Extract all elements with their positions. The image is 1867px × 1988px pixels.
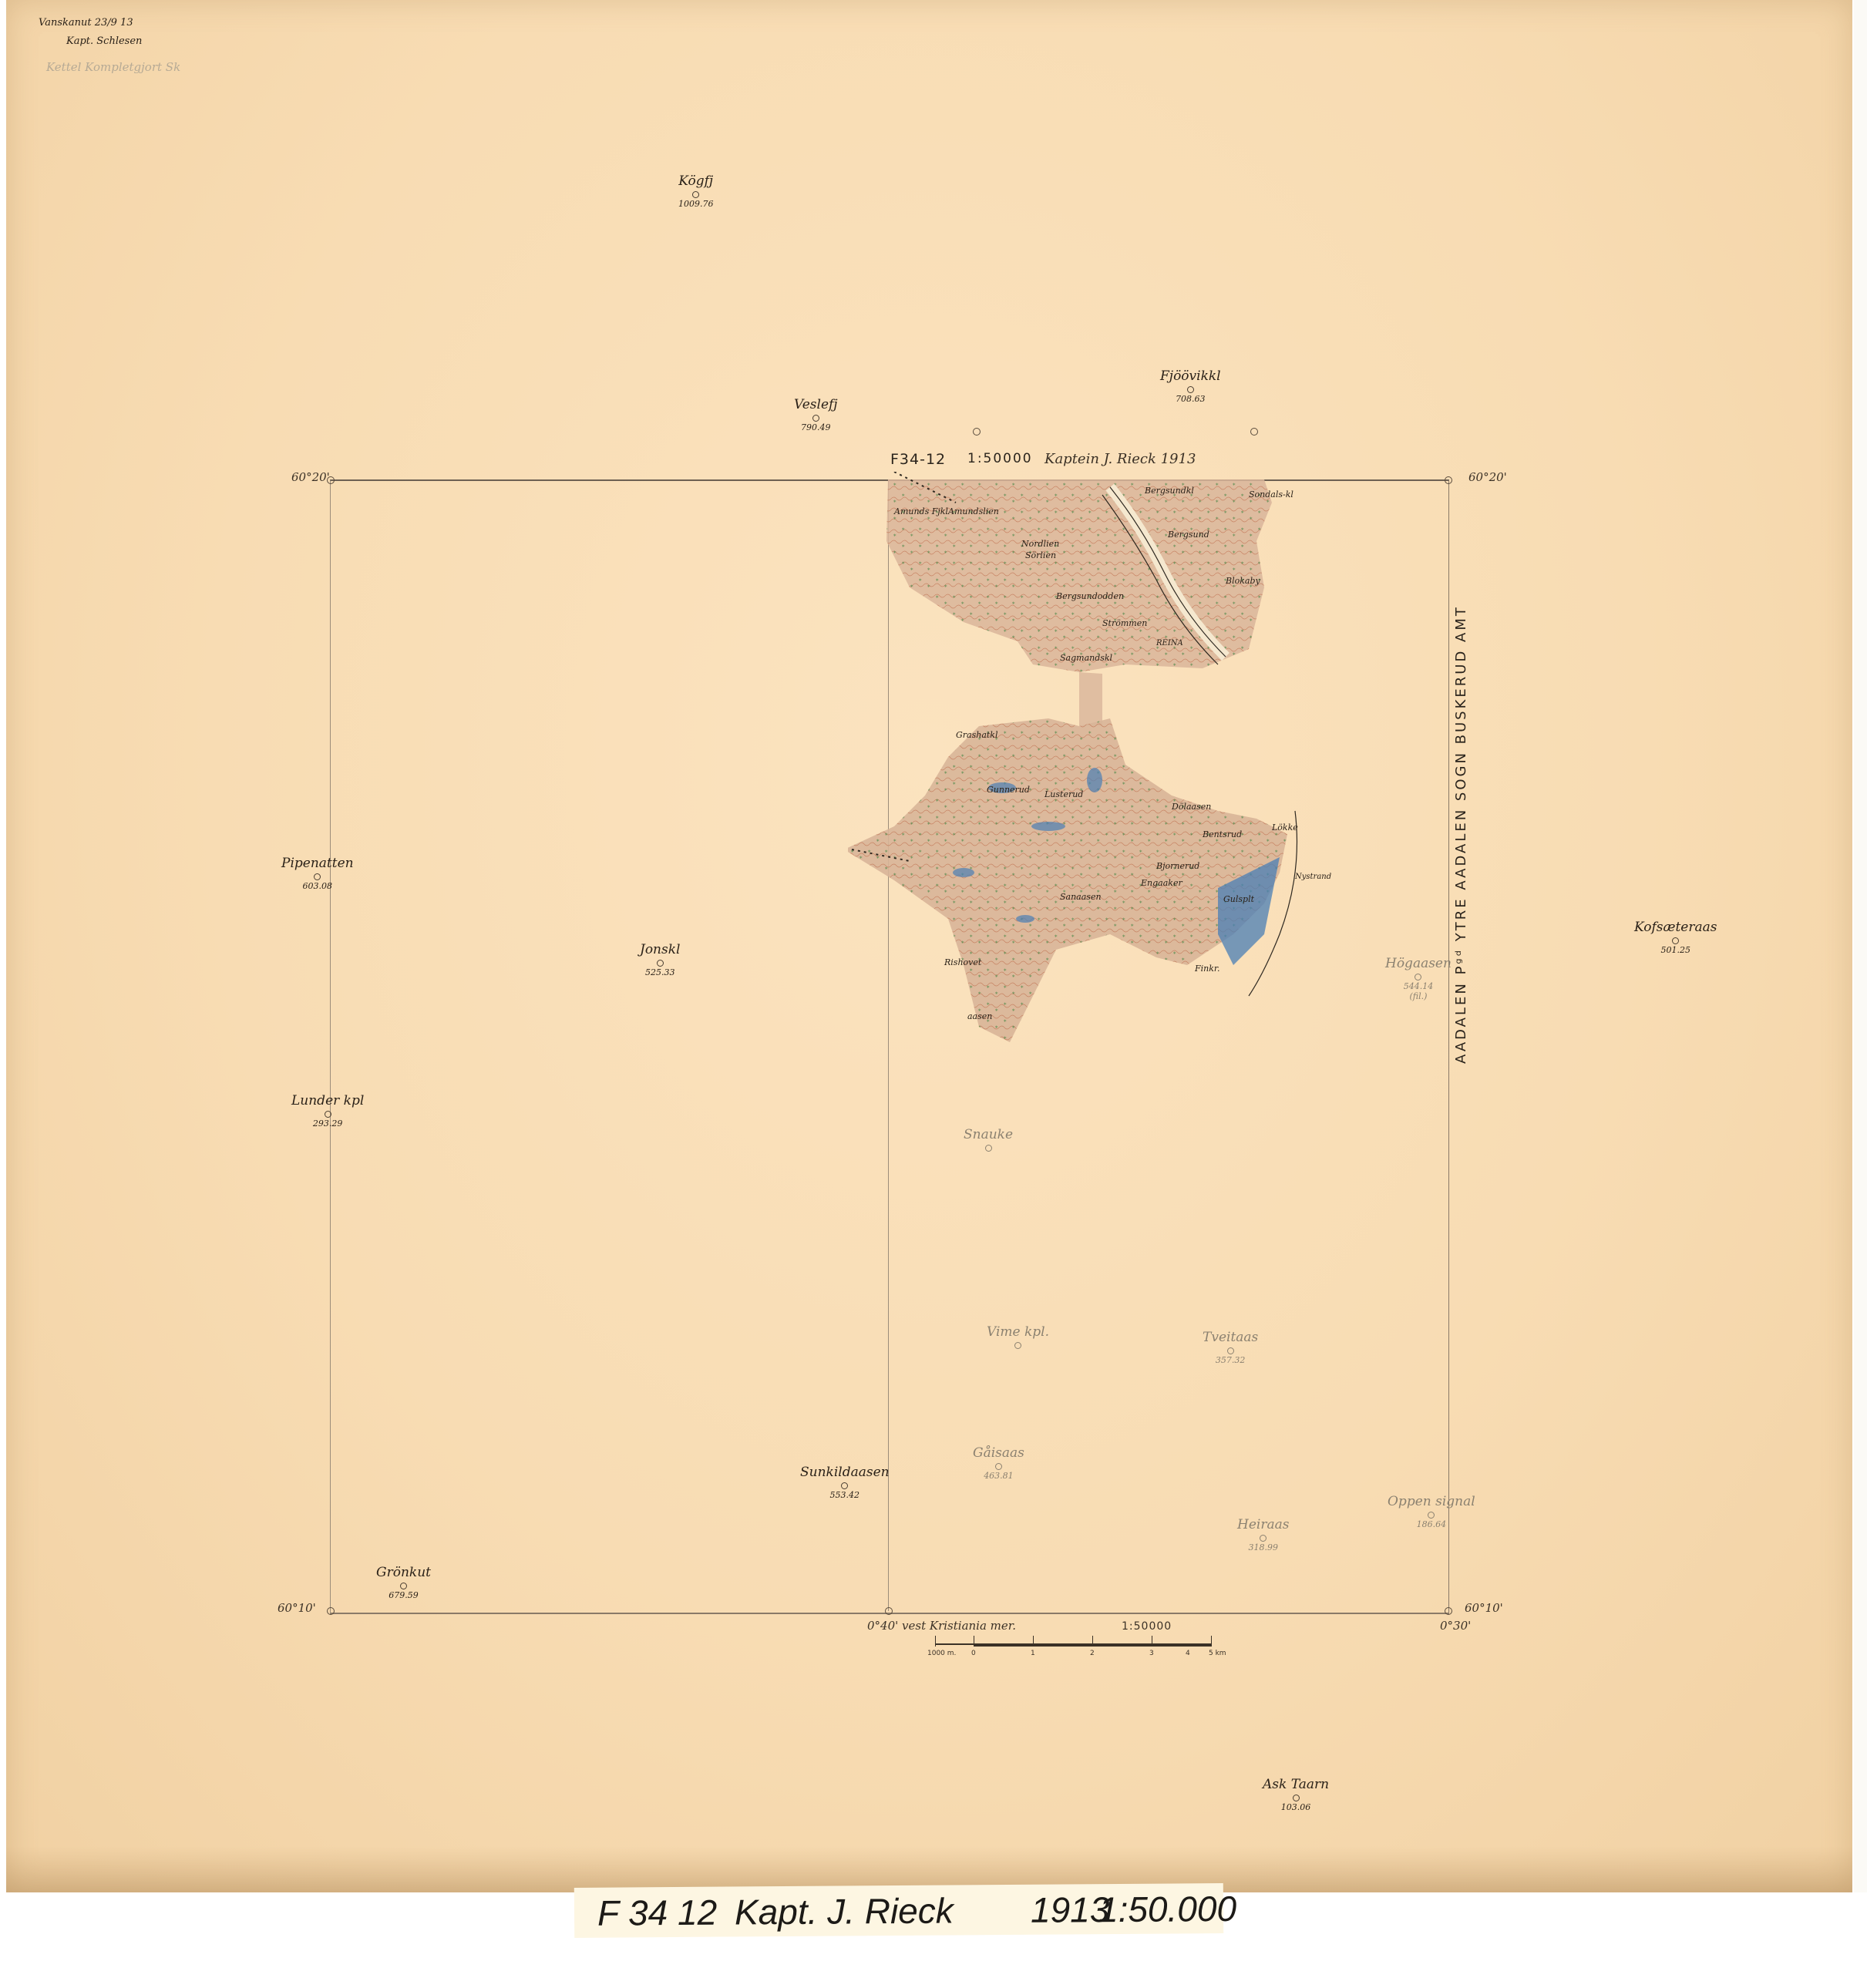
svg-text:Strömmen: Strömmen [1102, 618, 1147, 628]
svg-text:Dölaasen: Dölaasen [1171, 802, 1211, 812]
svg-text:Gunnerud: Gunnerud [987, 785, 1030, 795]
note-ink-1: Vanskanut 23/9 13 [39, 17, 133, 29]
trig-marker-icon [400, 1583, 407, 1589]
svg-text:Amunds Fjkl: Amunds Fjkl [893, 506, 948, 516]
svg-text:Engaaker: Engaaker [1140, 878, 1182, 888]
trig-marker-icon [1187, 386, 1194, 393]
trig-point: Pipenatten603.08 [281, 856, 354, 891]
corner-point-bm [885, 1607, 893, 1615]
svg-text:Amundslien: Amundslien [947, 506, 999, 516]
trig-marker-icon [1227, 1347, 1234, 1354]
trig-marker-icon [692, 191, 699, 198]
svg-text:Grashatkl: Grashatkl [956, 730, 998, 740]
trig-marker-icon [1415, 974, 1421, 981]
archive-label: F 34 12 Kapt. J. Rieck 1913 1:50.000 [574, 1883, 1223, 1938]
lat-label-top-left: 60°20' [291, 470, 330, 484]
sheet-id: F34-12 [890, 451, 946, 468]
sheet-author: Kaptein J. Rieck 1913 [1045, 451, 1196, 467]
svg-text:Gulsplt: Gulsplt [1223, 894, 1255, 904]
lat-label-top-right: 60°20' [1468, 470, 1507, 484]
trig-marker-icon [841, 1482, 848, 1489]
svg-text:Bergsundodden: Bergsundodden [1055, 591, 1124, 601]
trig-marker-icon [1260, 1535, 1267, 1542]
note-ink-2: Kapt. Schlesen [66, 35, 142, 47]
trig-point-pencil: Tveitaas357.32 [1203, 1330, 1258, 1365]
label-scale: 1:50.000 [1098, 1888, 1236, 1930]
trig-marker-icon [812, 415, 819, 422]
svg-text:Nordlien: Nordlien [1021, 539, 1059, 549]
trig-point-pencil: Oppen signal186.64 [1388, 1494, 1475, 1529]
label-sheet-id: F 34 12 [597, 1892, 718, 1934]
trig-point: Fjöövikkl708.63 [1160, 368, 1221, 404]
lat-label-bottom-right: 60°10' [1465, 1601, 1503, 1615]
svg-text:Bergsundkl: Bergsundkl [1144, 486, 1194, 496]
svg-text:Bjornerud: Bjornerud [1156, 861, 1199, 871]
trig-marker-icon [325, 1111, 331, 1118]
corner-point-tr [1445, 476, 1452, 484]
svg-text:Finkr.: Finkr. [1194, 964, 1219, 974]
trig-point-pencil: Vime kpl. [987, 1324, 1049, 1350]
trig-point: Veslefj790.49 [794, 397, 838, 432]
trig-point: Ask Taarn103.06 [1263, 1777, 1329, 1812]
svg-text:Sagmandskl: Sagmandskl [1060, 653, 1113, 663]
svg-text:Blokaby: Blokaby [1225, 576, 1260, 586]
scale-title: 1:50000 [1122, 1620, 1172, 1633]
trig-marker-icon [985, 1145, 992, 1152]
trig-point: Lunder kpl293.29 [291, 1093, 364, 1129]
svg-text:Sörlien: Sörlien [1025, 550, 1056, 560]
trig-point: Jonskl525.33 [640, 942, 680, 977]
label-author: Kapt. J. Rieck [735, 1890, 954, 1933]
trig-point: Kofsæteraas501.25 [1634, 920, 1717, 955]
trig-point-pencil: Heiraas318.99 [1237, 1517, 1289, 1552]
trig-marker-icon [995, 1463, 1002, 1470]
svg-text:Sanaasen: Sanaasen [1060, 892, 1102, 902]
reference-point [1250, 428, 1258, 436]
meridian-label: 0°40' vest Kristiania mer. [867, 1619, 1016, 1633]
scale-bar: 1000 m. 0 1 2 3 4 5 km [931, 1634, 1324, 1665]
sheet-scale: 1:50000 [967, 451, 1033, 466]
trig-marker-icon [314, 873, 321, 880]
trig-marker-icon [1014, 1342, 1021, 1349]
svg-text:Bergsund: Bergsund [1167, 530, 1209, 540]
note-pencil: Kettel Kompletgjort Sk [46, 60, 180, 74]
svg-text:REINA: REINA [1156, 639, 1183, 648]
corner-point-br [1445, 1607, 1452, 1615]
svg-text:aasen: aasen [967, 1011, 992, 1021]
svg-text:Lusterud: Lusterud [1044, 789, 1083, 799]
svg-text:Nystrand: Nystrand [1294, 873, 1331, 881]
trig-marker-icon [1428, 1512, 1435, 1519]
svg-text:Bentsrud: Bentsrud [1202, 829, 1242, 839]
svg-text:Lökke: Lökke [1271, 822, 1298, 833]
trig-marker-icon [1293, 1795, 1300, 1801]
corner-point-bl [327, 1607, 335, 1615]
lat-label-bottom-left: 60°10' [278, 1601, 316, 1615]
trig-marker-icon [1672, 937, 1679, 944]
surveyed-terrain: * * Amunds Fjkl Amundslien Bergsundkl So… [848, 472, 1341, 1050]
reference-point [973, 428, 981, 436]
svg-text:Sondals-kl: Sondals-kl [1249, 489, 1293, 500]
scan-margin-right [1854, 0, 1867, 1988]
trig-point-pencil: Snauke [964, 1127, 1013, 1152]
svg-text:Rishovet: Rishovet [944, 957, 982, 967]
trig-point-pencil: Gåisaas463.81 [973, 1445, 1024, 1481]
lon-label-right: 0°30' [1440, 1619, 1471, 1633]
trig-point: Grönkut679.59 [376, 1565, 431, 1600]
administrative-label: AADALEN Pᵍᵈ YTRE AADALEN SOGN BUSKERUD A… [1453, 605, 1469, 1064]
trig-point: Kögfj1009.76 [678, 173, 714, 209]
trig-point-pencil: Högaasen544.14(fil.) [1385, 956, 1452, 1001]
trig-point: Sunkildaasen553.42 [800, 1465, 890, 1500]
trig-marker-icon [657, 960, 664, 967]
